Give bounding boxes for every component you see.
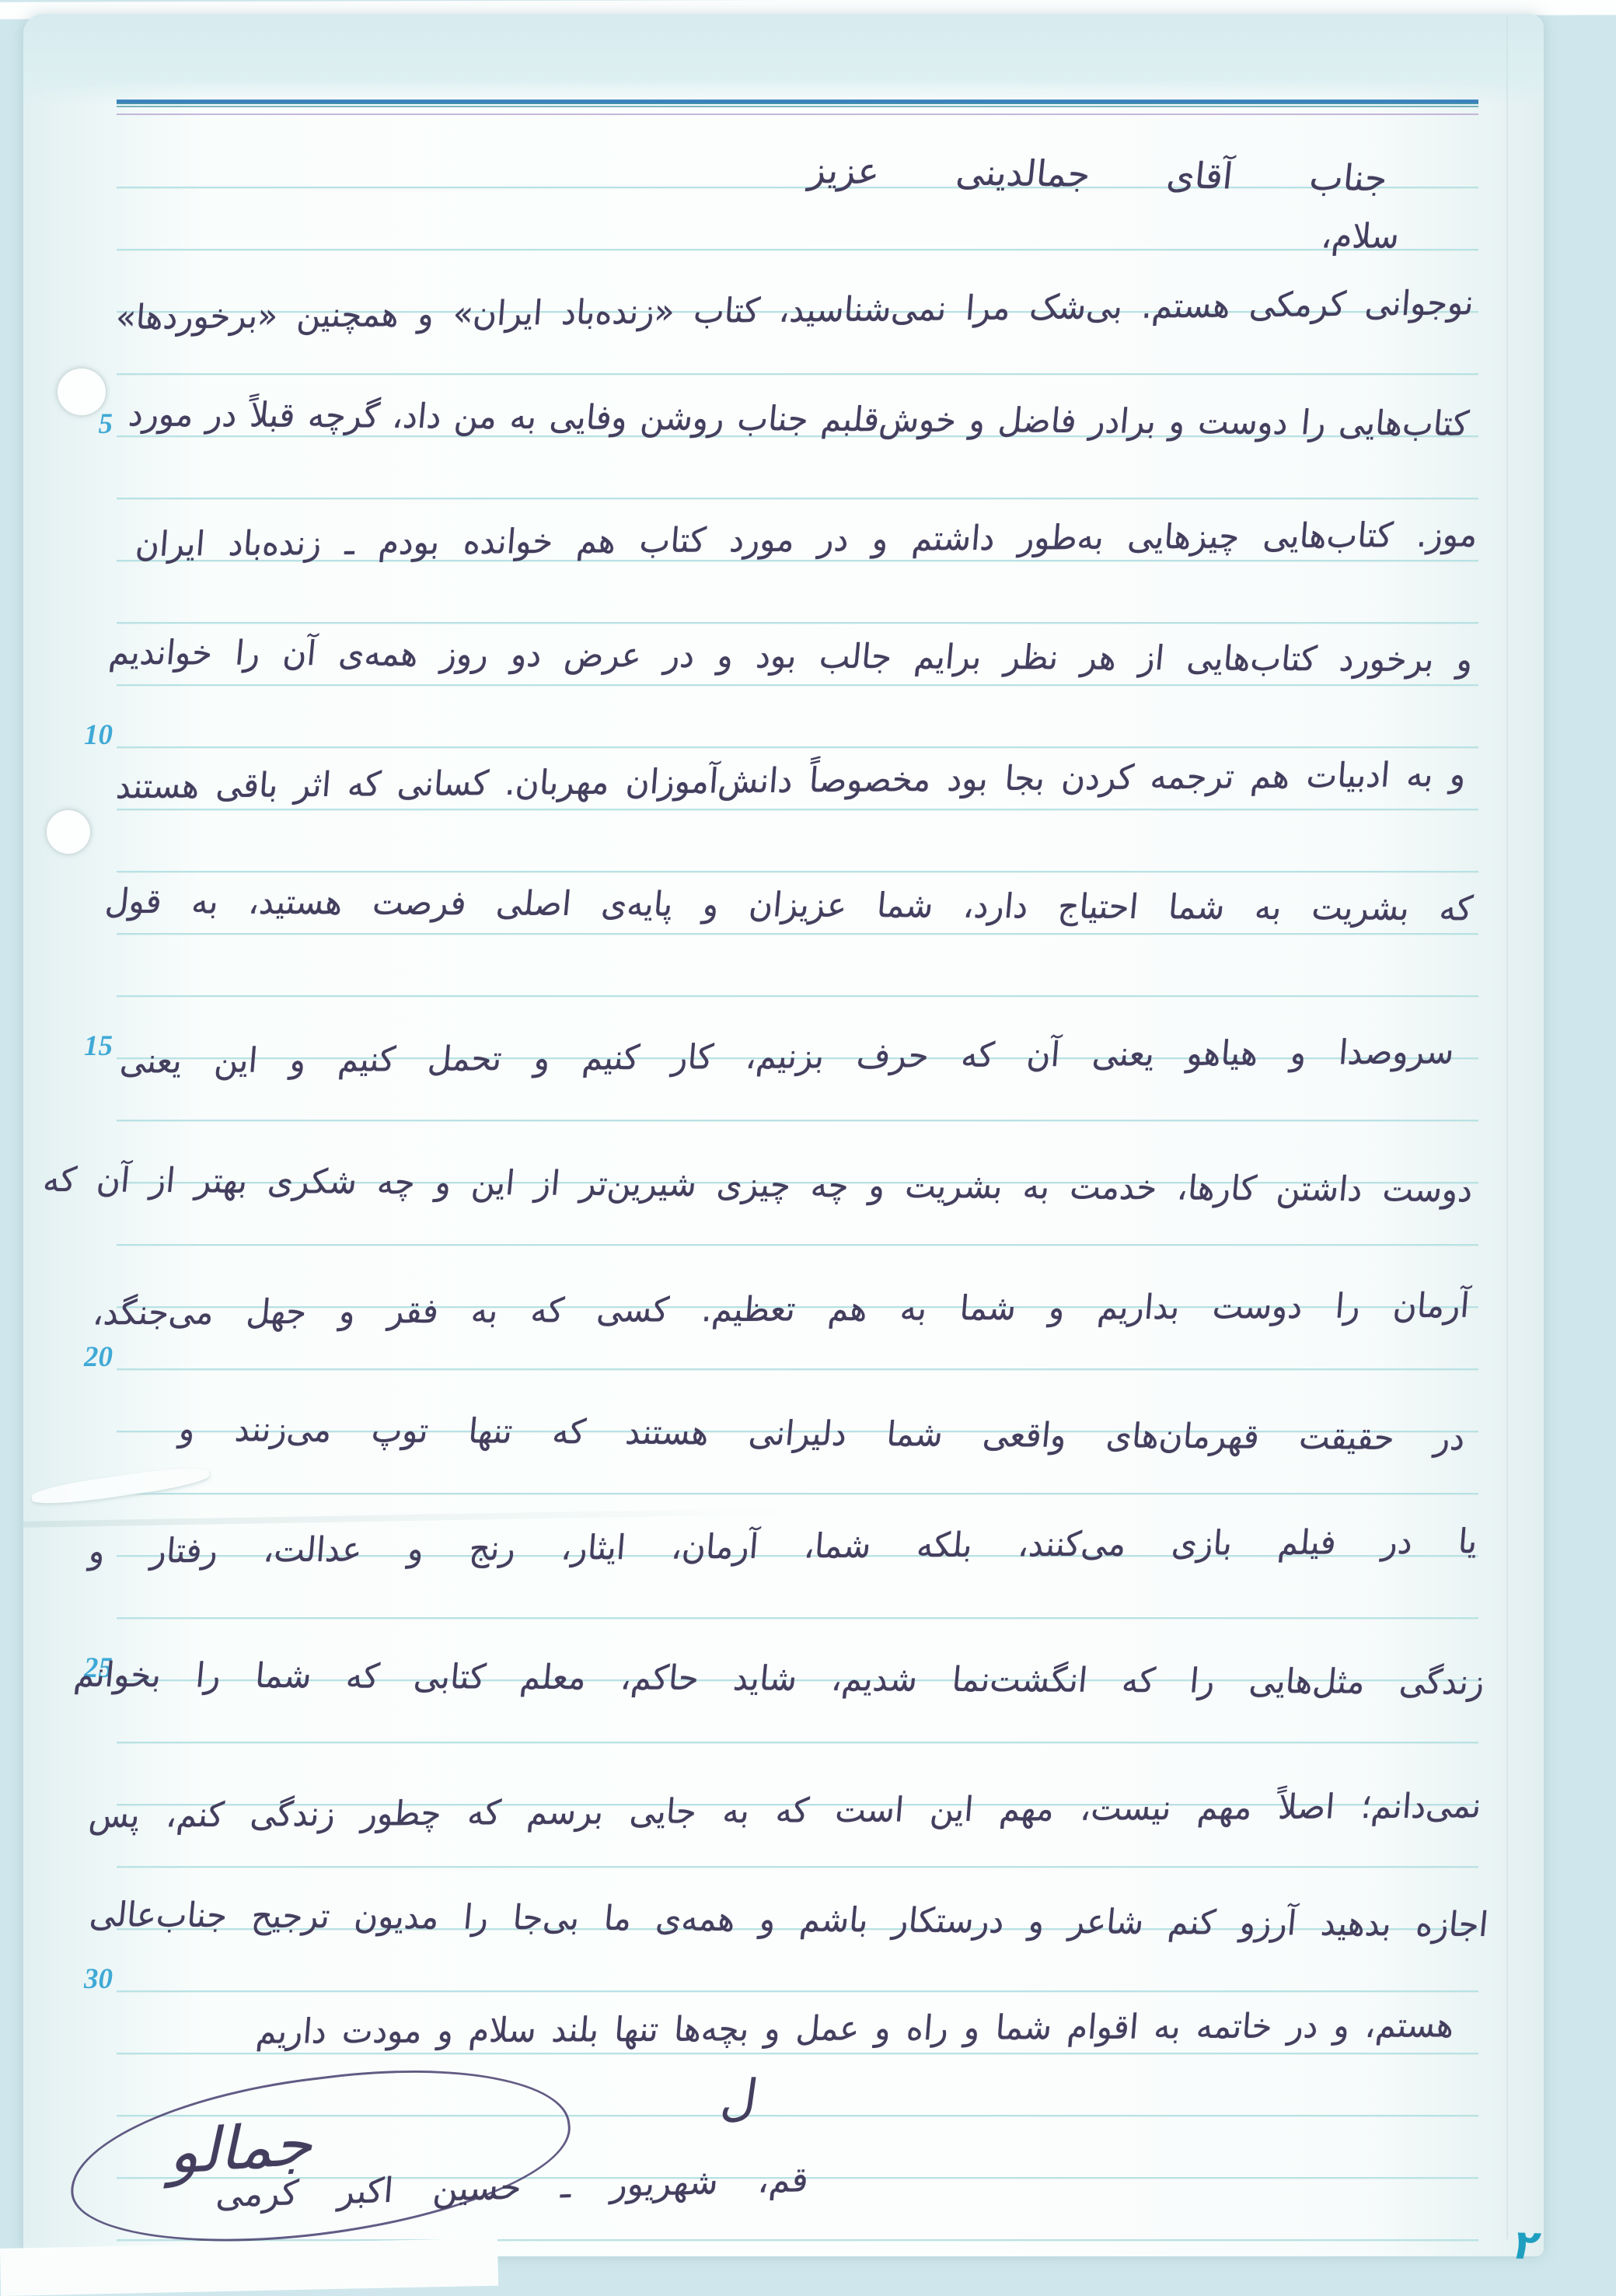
ruled-line — [117, 1368, 1478, 1370]
handwritten-word: هیاهو — [1185, 1027, 1260, 1079]
handwritten-word: و — [967, 394, 988, 446]
handwritten-word: موز. — [1415, 508, 1479, 561]
handwritten-word: به — [190, 876, 221, 928]
handwritten-word: قهرمان‌های — [1104, 1410, 1262, 1463]
ruled-line — [117, 2239, 1478, 2241]
handwritten-word: که — [344, 1651, 382, 1703]
handwritten-word: و — [1167, 396, 1188, 448]
handwritten-word: گرچه — [305, 390, 382, 442]
handwritten-word: یعنی — [118, 1035, 184, 1087]
handwritten-word: جناب — [1307, 152, 1390, 203]
handwritten-word: بود — [754, 630, 799, 682]
ruled-line — [117, 1493, 1478, 1494]
handwritten-word: شما — [993, 2001, 1054, 2053]
handwritten-word: و — [416, 288, 435, 341]
handwritten-word: مرا — [964, 282, 1013, 334]
letter-salutation: سلام، — [1280, 211, 1401, 263]
handwritten-word: همه‌ی — [337, 628, 421, 680]
handwritten-word: واقعی — [981, 1409, 1069, 1461]
handwritten-word: فقر — [386, 1285, 441, 1337]
handwritten-word: و — [715, 630, 735, 682]
ruled-line — [117, 1244, 1478, 1246]
handwritten-word: جهل — [244, 1286, 309, 1338]
handwritten-word: بازی — [1170, 1518, 1234, 1570]
handwritten-word: داریم — [254, 2005, 329, 2057]
header-thin-rule — [117, 114, 1478, 115]
handwritten-word: زندگی — [248, 1788, 337, 1840]
handwritten-word: شما — [958, 1282, 1018, 1334]
ruled-line — [117, 995, 1478, 997]
handwritten-word: بشریت — [903, 1160, 1005, 1212]
handwritten-word: و — [1026, 1896, 1047, 1948]
handwritten-word: مثل‌هایی — [1247, 1655, 1367, 1707]
handwritten-word: یعنی — [1091, 1028, 1157, 1080]
handwritten-word: را — [233, 627, 263, 680]
handwriting-line: زندگیمثل‌هاییراکهانگشت‌نماشدیم،شایدحاکم،… — [72, 1649, 1486, 1708]
handwriting-line: نمی‌دانم؛اصلاًمهمنیست،مهمایناستکهبهجاییب… — [87, 1780, 1483, 1842]
handwritten-word: را — [1188, 1655, 1217, 1707]
handwritten-word: شکری — [266, 1155, 360, 1207]
margin-line-number: 15 — [44, 1029, 113, 1063]
handwritten-word: ترجیح — [250, 1890, 333, 1942]
handwritten-word: عرض — [562, 629, 644, 681]
handwritten-word: که — [773, 1784, 811, 1836]
handwritten-word: می‌جنگد، — [91, 1287, 215, 1339]
handwritten-word: نوجوانی — [1363, 277, 1476, 330]
handwritten-word: عمل — [794, 2003, 862, 2055]
handwritten-word: کتاب‌هایی — [1261, 509, 1394, 562]
handwritten-word: مخصوصاً — [808, 753, 934, 806]
handwriting-line: آرمانرادوستبداریموشمابههمتعظیم.کسیکهبهفق… — [91, 1280, 1471, 1339]
handwritten-word: جناب — [735, 393, 811, 445]
handwritten-word: برسم — [525, 1786, 606, 1838]
handwritten-word: کار — [670, 1031, 715, 1083]
handwritten-word: برایم — [913, 631, 984, 683]
handwritten-word: دوست — [1195, 396, 1290, 448]
handwritten-word: بی‌شک — [1028, 281, 1125, 334]
handwritten-word: کتاب — [637, 515, 707, 567]
handwritten-word: روشن — [638, 392, 727, 444]
handwritten-word: دارد، — [962, 880, 1031, 932]
handwritten-word: اصلاً — [1276, 1781, 1337, 1833]
handwritten-word: چیزی — [714, 1158, 793, 1211]
handwritten-word: در — [1380, 1516, 1414, 1568]
handwritten-word: است — [833, 1784, 906, 1836]
handwritten-word: که — [1120, 1655, 1158, 1707]
handwritten-word: فرصت — [371, 877, 469, 929]
handwritten-word: کتاب‌هایی — [1185, 632, 1319, 684]
handwritten-word: شما — [885, 1408, 946, 1460]
handwritten-word: شاعر — [1066, 1896, 1146, 1948]
handwritten-word: دوست — [1210, 1281, 1304, 1333]
handwritten-word: توپ — [369, 1405, 431, 1457]
handwritten-word: شما، — [802, 1520, 873, 1572]
handwritten-word: جناب‌عالی — [87, 1889, 229, 1941]
handwritten-word: روز — [438, 628, 490, 680]
handwritten-word: بودم — [377, 516, 442, 568]
handwritten-word: در — [816, 513, 850, 565]
ruled-line — [117, 1990, 1478, 1992]
handwritten-word: به — [898, 1283, 929, 1335]
handwritten-word: خوانده — [462, 515, 556, 568]
handwritten-word: بچه‌ها — [672, 2003, 752, 2055]
handwritten-word: به — [1152, 2001, 1183, 2053]
handwritten-word: ـ — [344, 517, 358, 569]
handwritten-word: نظر — [1002, 631, 1060, 683]
handwritten-word: آن — [281, 627, 319, 680]
handwriting-line: دوستداشتنکارها،خدمتبهبشریتوچهچیزیشیرین‌ت… — [40, 1154, 1475, 1216]
handwritten-word: سروصدا — [1337, 1026, 1456, 1078]
handwritten-word: من — [452, 391, 500, 443]
handwritten-word: کردن — [1059, 752, 1136, 804]
handwritten-word: بهتر — [193, 1155, 250, 1207]
scanned-letter-page: 51015202530 جنابآقایجمالدینیعزیز سلام، ن… — [0, 0, 1616, 2296]
handwritten-word: حسین — [431, 2168, 523, 2210]
handwritten-word: شما — [1166, 881, 1227, 933]
handwritten-word: عزیزان — [747, 879, 850, 931]
handwritten-word: پایه‌ی — [599, 878, 675, 930]
ruled-line — [117, 1742, 1478, 1743]
handwritten-word: «برخوردها» — [114, 290, 280, 344]
handwritten-word: تنها — [613, 2004, 661, 2056]
margin-line-number: 30 — [44, 1962, 113, 1996]
handwritten-word: مهم — [998, 1783, 1056, 1835]
handwritten-word: زندگی — [1397, 1656, 1486, 1708]
handwritten-word: بداریم — [1096, 1281, 1182, 1333]
handwritten-word: اثر — [293, 759, 333, 811]
handwritten-word: سلام، — [1319, 211, 1401, 263]
handwritten-word: ایثار، — [559, 1522, 627, 1574]
handwritten-word: که — [466, 1787, 503, 1839]
handwritten-word: که — [41, 1154, 79, 1206]
handwritten-word: دلیرانی — [746, 1407, 849, 1459]
handwritten-word: آن — [1024, 1029, 1062, 1081]
handwritten-word: وفایی — [547, 391, 630, 443]
handwritten-word: پس — [87, 1790, 142, 1842]
handwritten-word: و — [962, 2002, 983, 2054]
handwriting-line: یادرفیلمبازیمی‌کنند،بلکهشما،آرمان،ایثار،… — [87, 1515, 1479, 1578]
handwritten-word: بدهید — [1318, 1898, 1394, 1950]
handwritten-word: هم — [826, 1283, 870, 1335]
handwriting-line: کهبشریتبهشمااحتیاجدارد،شماعزیزانوپایه‌یا… — [103, 875, 1475, 935]
handwritten-word: و — [288, 1034, 309, 1086]
handwritten-word: کسی — [595, 1284, 671, 1337]
ruled-line — [117, 373, 1478, 375]
handwritten-word: در — [1432, 1412, 1467, 1464]
handwritten-word: برخورد — [1337, 634, 1436, 686]
handwriting-line: کتاب‌هاییرادوستوبرادرفاضلوخوش‌قلبمجنابرو… — [126, 388, 1471, 449]
handwritten-word: و — [532, 1033, 553, 1085]
handwritten-word: چیزهایی — [1126, 511, 1241, 564]
handwritten-word: فیلم — [1276, 1517, 1339, 1569]
paper-top-tint-band — [23, 14, 1544, 106]
handwritten-word: و — [406, 1523, 426, 1575]
handwritten-word: به — [508, 391, 539, 443]
ruled-line — [117, 1617, 1478, 1619]
handwritten-word: به — [721, 1785, 752, 1837]
handwritten-word: که — [1437, 882, 1475, 935]
margin-line-number: 20 — [44, 1340, 113, 1374]
ruled-line — [117, 746, 1478, 748]
handwritten-word: باقی — [214, 760, 280, 812]
handwritten-word: داشتم — [910, 512, 997, 564]
handwritten-word: به — [1253, 882, 1284, 934]
handwritten-word: کرمکی — [1248, 278, 1348, 331]
handwritten-word: دوست — [1380, 1164, 1475, 1216]
handwritten-word: خواندیم — [106, 627, 215, 679]
handwritten-word: قبلاً — [248, 390, 298, 442]
handwritten-word: تحمل — [426, 1033, 504, 1085]
handwritten-word: حقیقت — [1297, 1411, 1397, 1463]
handwritten-word: عدالت، — [261, 1524, 364, 1576]
handwritten-word: و — [87, 1525, 107, 1578]
handwritten-word: بشریت — [1310, 882, 1412, 934]
handwritten-word: مورد — [728, 514, 797, 566]
handwritten-word: در — [1286, 2000, 1321, 2052]
handwritten-word: و — [700, 879, 721, 931]
handwritten-word: و — [763, 2003, 783, 2055]
handwritten-word: ما — [602, 1892, 634, 1945]
ruled-line — [117, 871, 1478, 872]
handwritten-word: باشم — [798, 1894, 871, 1946]
handwritten-word: تنها — [466, 1405, 515, 1457]
handwritten-word: هستید، — [246, 876, 345, 928]
handwritten-word: همچنین — [295, 288, 401, 341]
handwritten-word: چطور — [360, 1788, 444, 1840]
handwritten-word: در — [204, 389, 239, 441]
handwritten-word: به — [469, 1285, 501, 1337]
handwritten-word: بلکه — [915, 1519, 975, 1571]
handwritten-word: جالب — [817, 631, 894, 683]
handwritten-word: می‌کنند، — [1016, 1518, 1128, 1571]
handwritten-word: چه — [808, 1159, 851, 1211]
handwritten-word: کارها، — [1175, 1162, 1259, 1214]
handwritten-word: کنیم — [581, 1032, 642, 1084]
handwritten-word: کنیم — [337, 1033, 398, 1085]
handwritten-word: این — [469, 1157, 518, 1209]
handwritten-word: دانش‌آموزان — [624, 755, 795, 809]
handwritten-word: در — [662, 630, 697, 682]
handwritten-word: خاتمه — [1195, 2001, 1275, 2053]
handwritten-word: و — [1289, 1027, 1309, 1079]
paper-bottom-torn-edge — [0, 2238, 498, 2296]
handwritten-word: و — [757, 1893, 778, 1945]
handwritten-word: چه — [375, 1156, 417, 1208]
handwritten-word: دو — [509, 629, 544, 681]
handwritten-word: و — [1332, 2000, 1352, 2052]
handwritten-word: نیست، — [1078, 1782, 1173, 1834]
handwritten-word: بزنیم، — [744, 1030, 826, 1082]
handwritten-word: هستند — [623, 1407, 711, 1459]
handwritten-word: برادر — [1087, 395, 1159, 447]
handwritten-word: خوش‌قلبم — [819, 393, 959, 446]
ruled-line — [117, 1866, 1478, 1868]
handwritten-word: انگشت‌نما — [950, 1654, 1090, 1707]
handwritten-word: شدیم، — [829, 1653, 920, 1705]
handwritten-word: حرف — [854, 1029, 930, 1082]
handwritten-word: می‌زنند — [232, 1403, 333, 1456]
handwritten-word: مهم — [1195, 1781, 1254, 1833]
handwritten-word: ترجمه — [1148, 751, 1236, 804]
handwritten-word: شاید — [731, 1652, 799, 1704]
handwritten-word: آرمان، — [669, 1521, 760, 1573]
handwritten-word: کسانی — [396, 757, 490, 810]
handwritten-word: نمی‌دانم؛ — [1359, 1780, 1483, 1833]
handwritten-word: تعظیم. — [700, 1284, 798, 1336]
handwritten-word: را — [1299, 397, 1328, 449]
ruled-line — [117, 249, 1478, 250]
handwritten-word: به — [1021, 1161, 1052, 1213]
hole-punch-top — [56, 367, 107, 417]
handwritten-word: و — [435, 2005, 455, 2057]
handwriting-line: هستم،ودرخاتمهبهاقوامشماوراهوعملوبچه‌هاتن… — [254, 2000, 1456, 2058]
ruled-line — [117, 1120, 1478, 1121]
handwritten-word: خدمت — [1068, 1162, 1160, 1214]
handwritten-word: حاکم، — [619, 1652, 701, 1704]
handwritten-word: زنده‌باد — [227, 517, 324, 569]
handwritten-word: از — [148, 1155, 177, 1207]
header-double-rule-accent — [117, 106, 1478, 107]
handwritten-word: جمالدینی — [954, 147, 1092, 198]
handwritten-word: ـ — [560, 2166, 573, 2206]
handwritten-word: این — [928, 1784, 976, 1836]
handwritten-word: که — [529, 1284, 566, 1337]
handwritten-word: این — [212, 1035, 260, 1087]
handwriting-line: سروصداوهیاهویعنیآنکهحرفبزنیم،کارکنیموتحم… — [118, 1026, 1456, 1087]
handwritten-word: شما — [253, 1650, 314, 1702]
ruled-line — [117, 498, 1478, 499]
handwritten-word: هستند — [114, 760, 201, 813]
handwritten-word: داشتن — [1274, 1163, 1364, 1215]
handwritten-word: از — [532, 1158, 562, 1210]
handwritten-word: را — [461, 1892, 490, 1944]
handwritten-word: معلم — [518, 1651, 588, 1704]
handwritten-word: آن — [94, 1155, 132, 1207]
handwritten-word: هر — [1079, 632, 1119, 684]
handwritten-word: قول — [103, 875, 164, 928]
handwritten-word: رفتار — [148, 1525, 220, 1577]
handwritten-word: و — [873, 2002, 893, 2054]
handwritten-word: جایی — [628, 1786, 699, 1838]
handwritten-word: هم — [574, 515, 618, 568]
handwritten-word: «زنده‌باد — [560, 285, 676, 338]
handwritten-word: اصلی — [494, 878, 574, 930]
handwritten-word: فاضل — [996, 395, 1079, 447]
handwritten-word: اجازه — [1414, 1899, 1491, 1951]
handwriting-line: درحقیقتقهرمان‌هایواقعیشمادلیرانیهستندکهت… — [176, 1403, 1467, 1465]
margin-line-number: 10 — [44, 718, 113, 752]
handwritten-word: از — [1137, 632, 1167, 684]
handwritten-word: ادبیات — [1304, 750, 1391, 802]
handwritten-word: شما — [874, 879, 935, 931]
handwritten-word: و — [871, 513, 891, 565]
handwritten-word: آرمان — [1391, 1280, 1472, 1332]
handwritten-word: بلند — [550, 2004, 601, 2057]
handwritten-word: همه‌ی — [654, 1892, 738, 1945]
handwritten-word: کتاب — [692, 285, 762, 337]
handwritten-word: هستم. — [1140, 280, 1232, 333]
handwritten-word: کتاب‌هایی — [1337, 397, 1471, 450]
handwritten-word: کنم — [1166, 1896, 1218, 1948]
handwritten-word: و — [433, 1157, 454, 1209]
handwritten-word: بود — [945, 753, 989, 805]
handwritten-word: مورد — [127, 388, 196, 440]
handwritten-word: اکبر — [337, 2171, 395, 2212]
handwritten-word: که — [346, 759, 383, 811]
handwritten-word: عزیز — [806, 145, 881, 196]
handwritten-word: کتابی — [412, 1651, 488, 1703]
handwritten-word: مودت — [340, 2005, 424, 2057]
handwritten-word: که — [959, 1029, 996, 1082]
handwritten-word: به — [1405, 749, 1436, 801]
header-double-rule-thick — [117, 100, 1478, 104]
handwritten-word: کرمی — [215, 2173, 300, 2215]
handwritten-word: بخوانم — [72, 1649, 163, 1701]
handwritten-word: سلام — [467, 2004, 539, 2057]
handwritten-word: درستکار — [891, 1895, 1007, 1948]
handwritten-word: مهربان. — [503, 757, 611, 809]
handwritten-word: و — [337, 1286, 358, 1338]
handwritten-word: کنم، — [164, 1789, 226, 1841]
handwritten-word: و — [867, 1160, 888, 1212]
handwritten-word: بی‌جا — [511, 1892, 582, 1944]
handwritten-word: را — [1333, 1281, 1362, 1333]
handwritten-word: شهریور — [609, 2162, 720, 2205]
handwritten-word: ایران — [134, 518, 207, 570]
handwritten-word: که — [550, 1406, 588, 1458]
handwritten-word: راه — [905, 2002, 951, 2054]
handwritten-word: آقای — [1164, 150, 1235, 201]
handwritten-word: هم — [1249, 750, 1292, 802]
handwritten-word: نمی‌شناسید، — [777, 283, 948, 337]
handwritten-word: آرزو — [1237, 1897, 1299, 1949]
handwriting-line: موز.کتاب‌هاییچیزهاییبه‌طورداشتمودرموردکت… — [134, 508, 1479, 570]
handwritten-word: رنج — [467, 1522, 518, 1574]
handwritten-word: و — [1047, 1282, 1067, 1334]
handwritten-word: احتیاج — [1056, 881, 1140, 933]
paper-right-edge-shadow — [1506, 16, 1508, 2239]
handwritten-word: قم، — [756, 2160, 810, 2201]
handwritten-word: شیرین‌تر — [578, 1158, 700, 1211]
handwritten-word: بجا — [1003, 753, 1047, 805]
hole-punch-middle — [45, 809, 92, 855]
handwritten-word: به‌طور — [1017, 512, 1106, 564]
handwriting-line: اجازهبدهیدآرزوکنمشاعرودرستکارباشموهمه‌یم… — [87, 1889, 1490, 1951]
handwritten-word: هستم، — [1363, 2000, 1456, 2052]
handwritten-word: مدیون — [352, 1891, 442, 1943]
handwritten-word: را — [194, 1650, 223, 1702]
handwriting-line: وبرخوردکتاب‌هاییازهرنظربرایمجالببودودرعر… — [106, 627, 1475, 686]
letter-greeting: جنابآقایجمالدینیعزیز — [806, 145, 1390, 203]
handwritten-word: داد، — [390, 390, 444, 442]
handwritten-word: ایران» — [451, 287, 544, 340]
handwritten-word: اقوام — [1066, 2001, 1141, 2053]
ruled-line — [117, 622, 1478, 624]
